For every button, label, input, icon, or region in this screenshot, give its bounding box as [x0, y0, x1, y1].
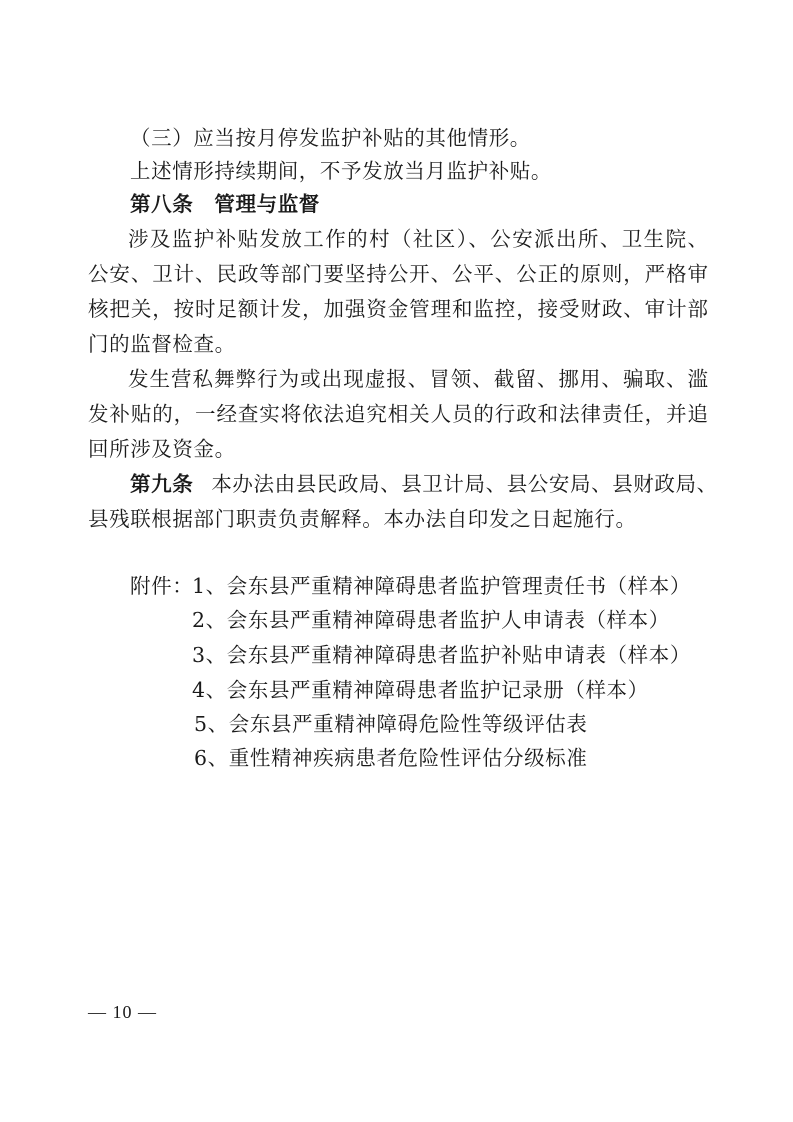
article-9-label: 第九条	[130, 472, 193, 496]
attachments-label: 附件：	[130, 574, 193, 598]
article-8-para2-line3: 回所涉及资金。	[88, 437, 236, 461]
article-9-text: 本办法由县民政局、县卫计局、县公安局、县财政局、	[211, 472, 717, 496]
article-8-para1-line2: 公安、卫计、民政等部门要坚持公开、公平、公正的原则，严格审	[88, 262, 708, 286]
page-number: — 10 —	[88, 1002, 157, 1023]
article-8-para2-line1: 发生营私舞弊行为或出现虚报、冒领、截留、挪用、骗取、滥	[88, 367, 708, 391]
paragraph-line: 上述情形持续期间，不予发放当月监护补贴。	[130, 159, 552, 183]
attachment-item-1: 1、会东县严重精神障碍患者监护管理责任书（样本）	[192, 574, 691, 598]
attachment-item-3: 3、会东县严重精神障碍患者监护补贴申请表（样本）	[192, 643, 691, 667]
attachment-item-2: 2、会东县严重精神障碍患者监护人申请表（样本）	[192, 608, 670, 632]
article-9-line1: 第九条本办法由县民政局、县卫计局、县公安局、县财政局、	[130, 472, 718, 496]
attachment-item-5: 5、会东县严重精神障碍危险性等级评估表	[194, 712, 587, 736]
article-8-para2-line2: 发补贴的，一经查实将依法追究相关人员的行政和法律责任，并追	[88, 402, 708, 426]
article-8-para1-line1: 涉及监护补贴发放工作的村（社区）、公安派出所、卫生院、	[88, 227, 708, 251]
attachment-item-6: 6、重性精神疾病患者危险性评估分级标准	[194, 746, 587, 770]
article-8-para1-line3: 核把关，按时足额计发，加强资金管理和监控，接受财政、审计部	[88, 297, 708, 321]
clause-three-line: （三）应当按月停发监护补贴的其他情形。	[130, 126, 531, 150]
article-8-heading: 第八条 管理与监督	[130, 192, 320, 216]
article-8-para1-line4: 门的监督检查。	[88, 332, 236, 356]
article-9-line2: 县残联根据部门职责负责解释。本办法自印发之日起施行。	[88, 507, 637, 531]
attachment-item-4: 4、会东县严重精神障碍患者监护记录册（样本）	[192, 678, 649, 702]
document-page: （三）应当按月停发监护补贴的其他情形。 上述情形持续期间，不予发放当月监护补贴。…	[0, 0, 793, 1122]
